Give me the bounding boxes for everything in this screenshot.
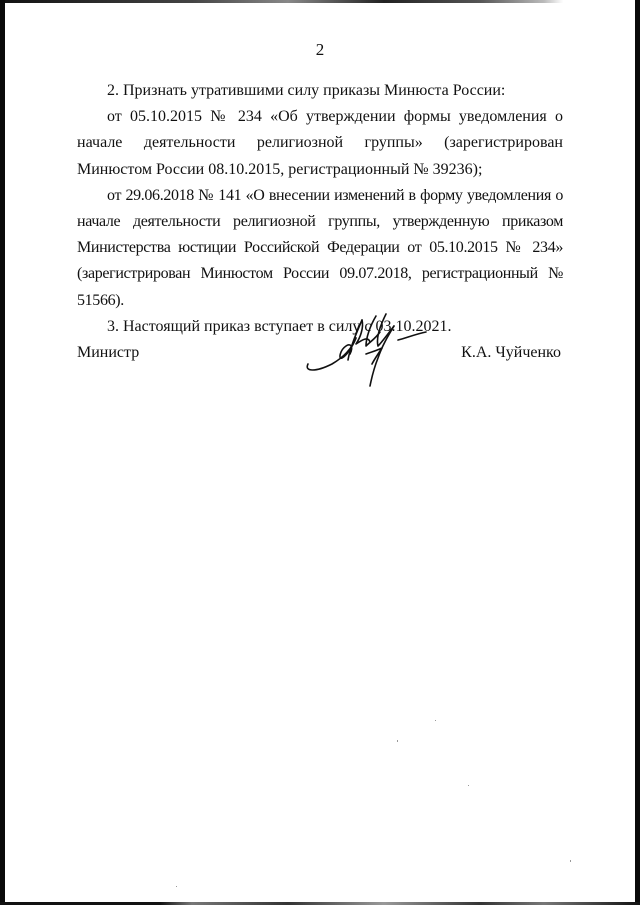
scan-speck <box>397 740 398 742</box>
paragraph-order-141: от 29.06.2018 № 141 «О внесении изменени… <box>77 183 563 314</box>
signature-block: Министр К.А. Чуйченко <box>77 340 563 400</box>
signer-name: К.А. Чуйченко <box>461 344 561 362</box>
scan-speck <box>435 720 436 721</box>
scan-border-right <box>635 0 640 905</box>
scan-speck <box>176 886 177 887</box>
page-number: 2 <box>0 40 640 60</box>
scan-speck <box>570 860 571 862</box>
scan-border-top <box>0 0 640 3</box>
scan-border-left <box>0 0 5 905</box>
handwritten-signature-icon <box>302 312 432 392</box>
document-body: 2. Признать утратившими силу приказы Мин… <box>77 78 563 340</box>
paragraph-2-heading: 2. Признать утратившими силу приказы Мин… <box>77 78 563 104</box>
signer-title: Министр <box>77 344 139 362</box>
scan-speck <box>468 785 469 786</box>
paragraph-order-234: от 05.10.2015 № 234 «Об утверждении форм… <box>77 104 563 183</box>
